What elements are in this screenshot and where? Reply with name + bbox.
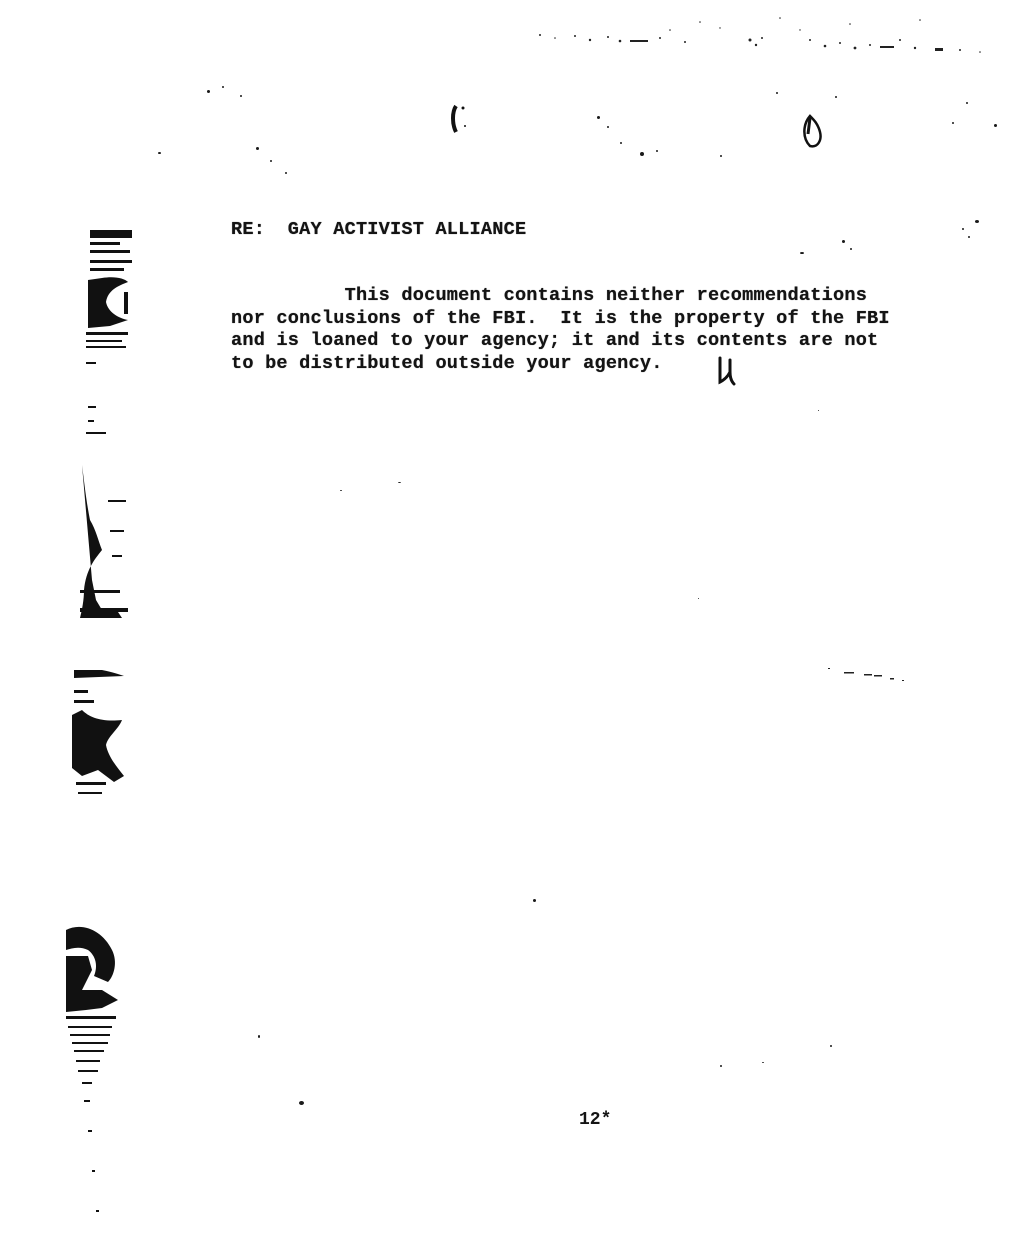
- speck: [830, 1045, 832, 1047]
- speck: [222, 86, 224, 88]
- body-line: This document contains neither recommend…: [231, 285, 890, 308]
- document-page: RE: GAY ACTIVIST ALLIANCE This document …: [0, 0, 1014, 1248]
- punch-mark-right: [800, 112, 830, 152]
- speck: [962, 228, 964, 230]
- speck: [597, 116, 600, 119]
- speck: [656, 150, 658, 152]
- speck: [607, 126, 609, 128]
- speck: [158, 152, 161, 154]
- speck: [285, 172, 287, 174]
- speck: [966, 102, 968, 104]
- speck: [533, 899, 536, 902]
- speck: [620, 142, 622, 144]
- speck: [299, 1101, 304, 1105]
- speck: [818, 410, 819, 411]
- punch-mark-left: [448, 102, 478, 136]
- speck: [835, 96, 837, 98]
- speck: [800, 252, 804, 254]
- speck: [340, 490, 342, 491]
- speck: [207, 90, 210, 93]
- body-line: nor conclusions of the FBI. It is the pr…: [231, 308, 890, 331]
- speck: [850, 248, 852, 250]
- body-line: to be distributed outside your agency.: [231, 353, 890, 376]
- speck: [762, 1062, 764, 1063]
- binder-margin-artifacts: [62, 170, 132, 1230]
- scan-noise-top: [520, 10, 1000, 55]
- speck: [270, 160, 272, 162]
- speck: [240, 95, 242, 97]
- speck: [258, 1035, 260, 1038]
- disclaimer-paragraph: This document contains neither recommend…: [231, 285, 890, 375]
- subject-line: RE: GAY ACTIVIST ALLIANCE: [231, 219, 526, 242]
- handwritten-u-mark: [716, 356, 738, 386]
- body-line: and is loaned to your agency; it and its…: [231, 330, 890, 353]
- speck: [952, 122, 954, 124]
- speck: [975, 220, 979, 223]
- speck: [256, 147, 259, 150]
- speck: [720, 155, 722, 157]
- speck: [968, 236, 970, 238]
- speck: [842, 240, 845, 243]
- speck: [640, 152, 644, 156]
- speck: [776, 92, 778, 94]
- scan-streak: [820, 665, 910, 685]
- speck: [994, 124, 997, 127]
- page-number: 12*: [579, 1110, 611, 1130]
- speck: [720, 1065, 722, 1067]
- speck: [398, 482, 401, 483]
- speck: [698, 598, 699, 599]
